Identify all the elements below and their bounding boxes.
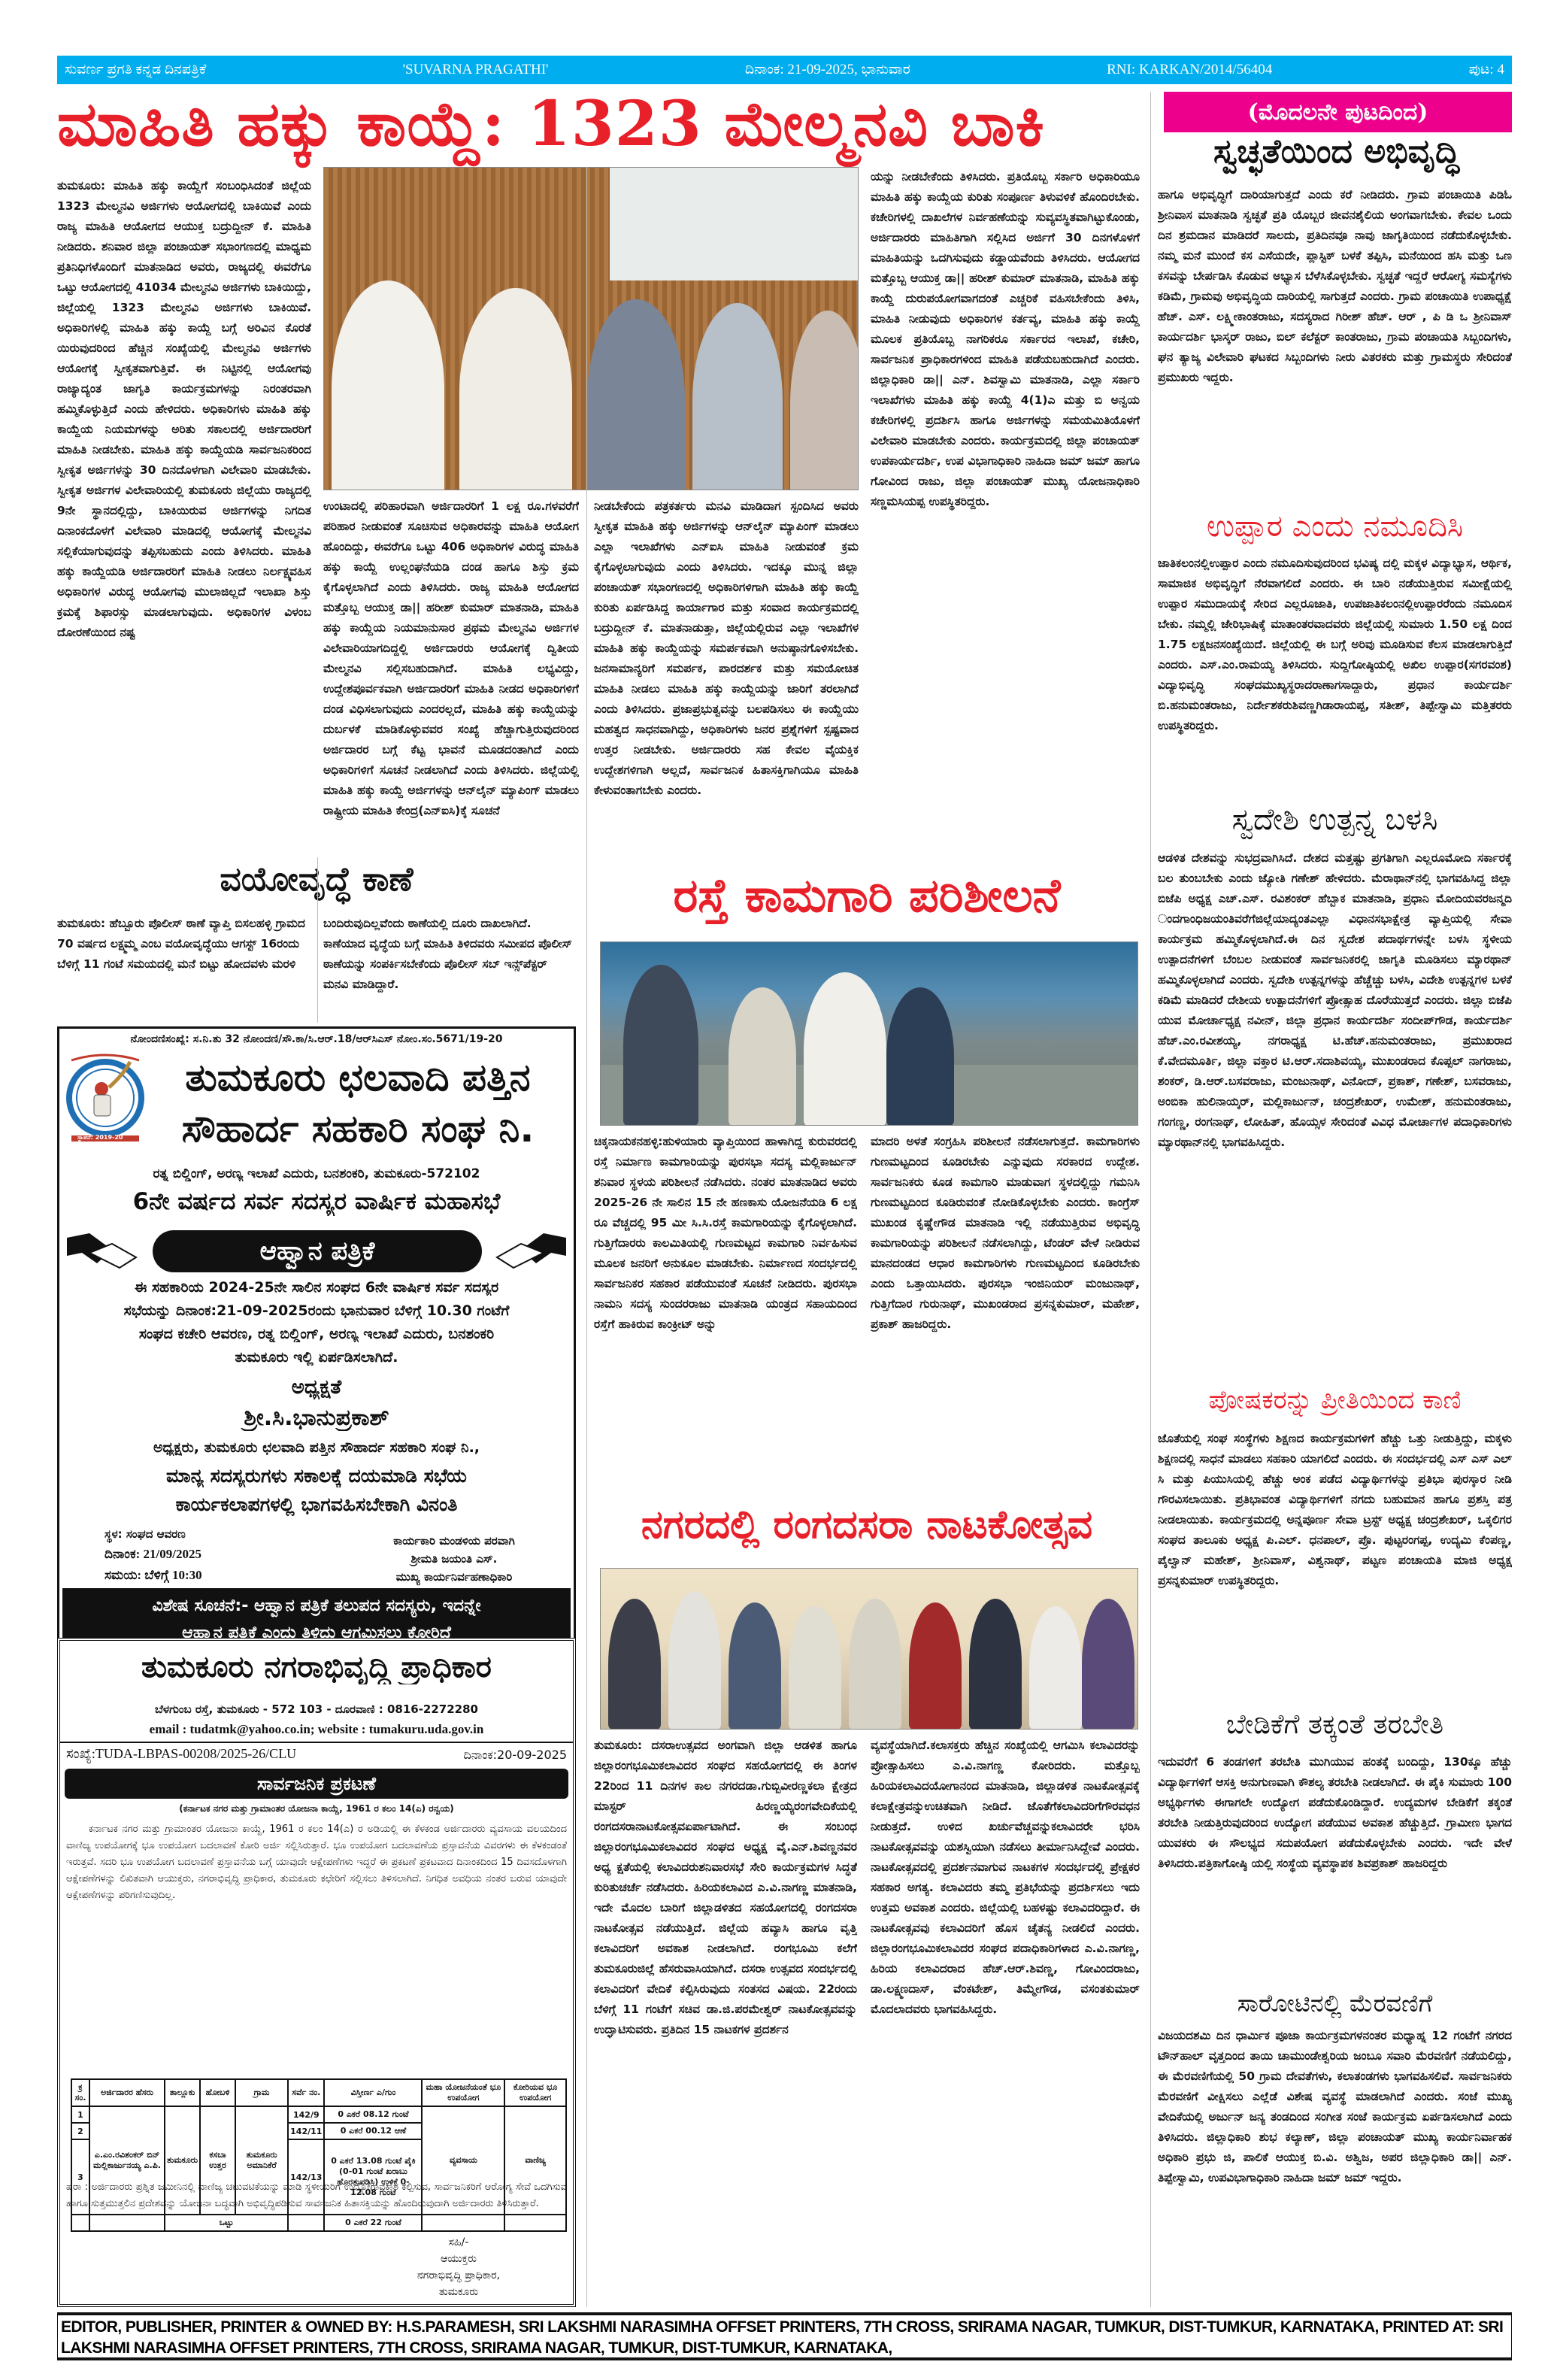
uda-condition-note: ಷರಾ : ಅರ್ಜಿದಾರರು ಪ್ರಶ್ನಿತ ಜಮೀನಿನಲ್ಲಿ ವಾಣ… [66,2179,567,2212]
lead-story-col1: ತುಮಕೂರು: ಮಾಹಿತಿ ಹಕ್ಕು ಕಾಯ್ದೆಗೆ ಸಂಬಂಧಿಸಿದ… [57,176,311,845]
empty-cell [504,2215,566,2231]
projector-screen [610,168,859,280]
drama-headline: ನಗರದಲ್ಲಿ ರಂಗದಸರಾ ನಾಟಕೋತ್ಸವ [594,1505,1140,1566]
president-name: ಶ್ರೀ.ಸಿ.ಭಾನುಪ್ರಕಾಶ್ [59,1405,574,1431]
parents-headline: ಪೋಷಕರನ್ನು ಪ್ರೀತಿಯಿಂದ ಕಾಣಿ [1158,1387,1512,1426]
road-inspection-photo [600,941,1138,1126]
uppara-headline: ಉಪ್ಪಾರ ಎಂದು ನಮೂದಿಸಿ [1158,511,1512,552]
drama-story-col2: ವ್ಯವಸ್ಥೆಯಾಗಿದೆ.ಕಲಾಸಕ್ತರು ಹೆಚ್ಚಿನ ಸಂಖ್ಯೆಯ… [871,1736,1140,2307]
missing-story-col2: ಬಂದಿರುವುದಿಲ್ಲವೆಂದು ಠಾಣೆಯಲ್ಲಿ ದೂರು ದಾಖಲಾಗ… [323,914,576,1019]
swadeshi-headline: ಸ್ವದೇಶಿ ಉತ್ಪನ್ನ ಬಳಸಿ [1158,805,1512,845]
continued-from-front-page: (ಮೊದಲನೇ ಪುಟದಿಂದ) [1164,92,1512,132]
row-serial: 1 [71,2106,89,2123]
header-serial: ಕ್ರ ಸಂ. [71,2079,89,2106]
signatory-line1: ಕಾರ್ಯಕಾರಿ ಮಂಡಳಿಯ ಪರವಾಗಿ [345,1534,563,1548]
uda-notice-body: ಕರ್ನಾಟಕ ನಗರ ಮತ್ತು ಗ್ರಾಮಾಂತರ ಯೋಜನಾ ಕಾಯ್ದೆ… [66,1821,567,1904]
invitation-body-line3: ಸಂಘದ ಕಚೇರಿ ಆವರಣ, ರತ್ನ ಬಿಲ್ಡಿಂಗ್, ಅರಣ್ಯ ಇ… [59,1326,574,1342]
header-area: ವಿಸ್ತೀರ್ಣ ಎ/ಗುಂ [324,2079,422,2106]
uda-reference-number: ಸಂಖ್ಯೆ:TUDA-LBPAS-00208/2025-26/CLU [66,1746,296,1762]
invitation-label: ಆಹ್ವಾನ ಪತ್ರಿಕೆ [153,1230,482,1272]
header-village: ಗ್ರಾಮ [235,2079,288,2106]
header-survey: ಸರ್ವೆ ನಂ. [288,2079,324,2106]
signatory-name: ಶ್ರೀಮತಿ ಜಯಂತಿ ಎಸ್. [345,1552,563,1566]
drama-story-col1: ತುಮಕೂರು: ದಸರಾಉತ್ಸವದ ಅಂಗವಾಗಿ ಜಿಲ್ಲಾ ಆಡಳಿತ… [594,1736,857,2307]
photo-person [790,311,859,490]
signatory-designation: ಮುಖ್ಯ ಕಾರ್ಯನಿರ್ವಹಣಾಧಿಕಾರಿ [345,1570,563,1584]
act-reference: (ಕರ್ನಾಟಕ ನಗರ ಮತ್ತು ಗ್ರಾಮಾಂತರ ಯೋಜನಾ ಕಾಯ್ದ… [60,1803,573,1815]
special-notice-line1: ವಿಶೇಷ ಸೂಚನೆ:- ಆಹ್ವಾನ ಪತ್ರಿಕೆ ತಲುಪದ ಸದಸ್ಯ… [62,1593,571,1620]
swadeshi-text: ಆಡಳಿತ ದೇಶವನ್ನು ಸುಭದ್ರವಾಗಿಸಿದೆ. ದೇಶದ ಮತ್ತ… [1158,848,1512,1384]
procession-text: ವಿಜಯದಶಮಿ ದಿನ ಧಾರ್ಮಿಕ ಪೂಜಾ ಕಾರ್ಯಕ್ರಮಗಳನಂತ… [1158,2026,1512,2306]
table-total-row: ಒಟ್ಟು 0 ಎಕರೆ 22 ಗುಂಟೆ [71,2215,566,2231]
uda-notice-date: ದಿನಾಂಕ:20-09-2025 [463,1748,567,1763]
road-story-col2: ಮಾದರಿ ಅಳತೆ ಸಂಗ್ರಹಿಸಿ ಪರಿಶೀಲನೆ ನಡೆಸಲಾಗುತ್… [871,1132,1140,1493]
empty-cell [89,2215,165,2231]
cooperative-address: ರತ್ನ ಬಿಲ್ಡಿಂಗ್, ಅರಣ್ಯ ಇಲಾಖೆ ಎದುರು, ಬನಶಂಕ… [59,1166,574,1181]
registration-number: ನೋಂದಣಿಸಂಖ್ಯೆ: ಸ.ನಿ.ತು 32 ನೋಂದಣಿ/ಸೌ.ಕಾ/ಸಿ… [59,1033,574,1045]
request-line2: ಕಾರ್ಯಕಲಾಪಗಳಲ್ಲಿ ಭಾಗವಹಿಸಬೇಕಾಗಿ ವಿನಂತಿ [59,1493,574,1516]
lead-headline: ಮಾಹಿತಿ ಹಕ್ಕು ಕಾಯ್ದೆ: 1323 ಮೇಲ್ಮನವಿ ಬಾಕಿ [57,93,1140,168]
column-divider [586,167,587,2307]
meeting-time: ಸಮಯ: ಬೆಳಿಗ್ಗೆ 10:30 [105,1568,202,1583]
handshake-icon-right [491,1230,566,1272]
photo-person [886,987,954,1126]
invitation-body-line2: ಸಭೆಯನ್ನು ದಿನಾಂಕ:21-09-2025ರಂದು ಭಾನುವಾರ ಬ… [59,1302,574,1319]
meeting-title: 6ನೇ ವರ್ಷದ ಸರ್ವ ಸದಸ್ಯರ ವಾರ್ಷಿಕ ಮಹಾಸಭೆ [59,1188,574,1216]
empty-cell [71,2215,89,2231]
uda-public-notice: ತುಮಕೂರು ನಗರಾಭಿವೃದ್ಧಿ ಪ್ರಾಧಿಕಾರ ಬೆಳಗುಂಬ ರ… [57,1638,576,2307]
area: 0 ಎಕರೆ 00.12 ಆಣೆ [324,2123,422,2139]
meeting-date: ದಿನಾಂಕ: 21/09/2025 [105,1547,201,1562]
lead-story-col3: ನೀಡಬೇಕೆಂದು ಪತ್ರಕರ್ತರು ಮನವಿ ಮಾಡಿದಾಗ ಸ್ಪಂದ… [594,496,859,850]
total-area: 0 ಎಕರೆ 22 ಗುಂಟೆ [324,2215,422,2231]
road-story-col1: ಚಿಕ್ಕನಾಯಕನಹಳ್ಳಿ:ಹುಳಿಯಾರು ವ್ಯಾಪ್ತಿಯಿಂದ ಹಾ… [594,1132,857,1493]
signature-mark: ಸಹಿ/- [383,2236,534,2248]
handshake-icon-left [67,1230,142,1272]
cleanliness-headline: ಸ್ವಚ್ಛತೆಯಿಂದ ಅಭಿವೃದ್ಧಿ [1158,135,1515,182]
procession-headline: ಸಾರೋಟಿನಲ್ಲಿ ಮೆರವಣಿಗೆ [1158,1991,1512,2024]
header-requested-use: ಕೋರಿಯವ ಭೂ ಉಪಯೋಗ [504,2079,566,2106]
training-headline: ಬೇಡಿಕೆಗೆ ತಕ್ಕಂತೆ ತರಬೇತಿ [1158,1711,1512,1751]
masthead-bar: ಸುವರ್ಣ ಪ್ರಗತಿ ಕನ್ನಡ ದಿನಪತ್ರಿಕೆ 'SUVARNA … [57,56,1512,84]
page-number: ಪುಟ: 4 [1469,62,1504,78]
header-hobli: ಹೋಬಳಿ [200,2079,235,2106]
photo-person [587,299,685,490]
survey-number: 142/11 [288,2123,324,2139]
signatory-commissioner: ಆಯುಕ್ತರು [383,2253,534,2265]
missing-headline: ವಯೋವೃದ್ಧೆ ಕಾಣೆ [57,863,576,910]
uda-title: ತುಮಕೂರು ನಗರಾಭಿವೃದ್ಧಿ ಪ್ರಾಧಿಕಾರ [60,1650,573,1684]
venue-text: ಸ್ಥಳ: ಸಂಘದ ಆವರಣ [105,1527,186,1541]
photo-person [623,965,698,1126]
road-headline: ರಸ್ತೆ ಕಾಮಗಾರಿ ಪರಿಶೀಲನೆ [594,872,1140,934]
signatory-authority: ನಗರಾಭಿವೃದ್ಧಿ ಪ್ರಾಧಿಕಾರ, [383,2269,534,2281]
paper-name-kannada: ಸುವರ್ಣ ಪ್ರಗತಿ ಕನ್ನಡ ದಿನಪತ್ರಿಕೆ [65,62,206,78]
column-divider [1150,92,1151,2307]
logo-year: ಸ್ಥಾಪನೆ: 2019-20 [77,1134,123,1141]
photo-person [909,1602,962,1730]
rni-number: RNI: KARKAN/2014/56404 [1107,62,1272,78]
photo-person [1029,1606,1082,1730]
area: 0 ಎಕರೆ 08.12 ಗುಂಟೆ [324,2106,422,2123]
header-taluk: ತಾಲ್ಲೂಕು [165,2079,200,2106]
uppara-text: ಜಾತಿಕಲಂನಲ್ಲಿಉಪ್ಪಾರ ಎಂದು ನಮೂದಿಸುವುದರಿಂದ ಭ… [1158,553,1512,802]
table-header-row: ಕ್ರ ಸಂ. ಅರ್ಜಿದಾರರ ಹೆಸರು ತಾಲ್ಲೂಕು ಹೋಬಳಿ ಗ… [71,2079,566,2106]
signatory-city: ತುಮಕೂರು [383,2286,534,2298]
lead-photo-meeting [323,167,859,490]
invitation-body-line1: ಈ ಸಹಕಾರಿಯ 2024-25ನೇ ಸಾಲಿನ ಸಂಘದ 6ನೇ ವಾರ್ಷ… [59,1279,574,1296]
photo-person [332,280,444,490]
photo-person [608,1599,661,1730]
photo-person [804,972,886,1126]
uda-divider [60,1742,573,1743]
survey-number: 142/9 [288,2106,324,2123]
cleanliness-text: ಹಾಗೂ ಅಭಿವೃದ್ಧಿಗೆ ದಾರಿಯಾಗುತ್ತದೆ ಎಂದು ಕರೆ … [1158,185,1512,508]
request-line1: ಮಾನ್ಯ ಸದಸ್ಯರುಗಳು ಸಕಾಲಕ್ಕೆ ದಯಮಾಡಿ ಸಭೆಯ [59,1465,574,1487]
cooperative-title-line2: ಸೌಹಾರ್ದ ಸಹಕಾರಿ ಸಂಘ ನಿ. [142,1107,574,1151]
photo-person [729,1602,781,1730]
cooperative-logo: ಸ್ಥಾಪನೆ: 2019-20 [64,1051,147,1149]
photo-person [789,1606,841,1730]
presidency-label: ಅಧ್ಯಕ್ಷತೆ [59,1376,574,1399]
photo-person [729,987,796,1126]
invitation-body-line4: ತುಮಕೂರು ಇಲ್ಲಿ ಏರ್ಪಡಿಸಲಾಗಿದೆ. [59,1349,574,1366]
empty-cell [422,2215,504,2231]
photo-person [692,303,783,490]
header-master-plan-use: ಮಹಾ ಯೋಜನೆಯಂತೆ ಭೂ ಉಪಯೋಗ [422,2079,504,2106]
cooperative-title-line1: ತುಮಕೂರು ಛಲವಾದಿ ಪತ್ತಿನ [142,1056,574,1100]
photo-person [668,1591,721,1730]
row-serial: 2 [71,2123,89,2139]
issue-date: ದಿನಾಂಕ: 21-09-2025, ಭಾನುವಾರ [745,62,910,78]
missing-story-col1: ತುಮಕೂರು: ಹೆಬ್ಬೂರು ಪೊಲೀಸ್ ಠಾಣೆ ವ್ಯಾಪ್ತಿ ಬ… [57,914,309,1019]
president-title: ಅಧ್ಯಕ್ಷರು, ತುಮಕೂರು ಛಲವಾದಿ ಪತ್ತಿನ ಸೌಹಾರ್ದ… [59,1439,574,1456]
parents-text: ಜೊತೆಯಲ್ಲಿ ಸಂಘ ಸಂಸ್ಥೆಗಳು ಶಿಕ್ಷಣದ ಕಾರ್ಯಕ್ರ… [1158,1429,1512,1707]
column-divider [317,857,318,1023]
training-text: ಇದುವರೆಗೆ 6 ತಂಡಗಳಿಗೆ ತರಬೇತಿ ಮುಗಿಯುವ ಹಂತಕ್… [1158,1752,1512,1987]
photo-person [1082,1599,1134,1730]
header-applicant: ಅರ್ಜಿದಾರರ ಹೆಸರು [89,2079,165,2106]
photo-person [849,1599,901,1730]
uda-address: ಬೆಳಗುಂಬ ರಸ್ತೆ, ತುಮಕೂರು - 572 103 - ದೂರವಾ… [60,1702,573,1716]
uda-contact: email : tudatmk@yahoo.co.in; website : t… [60,1722,573,1737]
total-label: ಒಟ್ಟು [165,2215,288,2231]
lead-story-col2: ಉಂಟಾದಲ್ಲಿ ಪರಿಹಾರವಾಗಿ ಅರ್ಜಿದಾರರಿಗೆ 1 ಲಕ್ಷ… [323,496,579,850]
drama-group-photo [600,1568,1138,1730]
imprint-footer: EDITOR, PUBLISHER, PRINTER & OWNED BY: H… [57,2312,1512,2360]
paper-name-english: 'SUVARNA PRAGATHI' [403,62,549,78]
lead-story-col4: ಯನ್ನು ನೀಡಬೇಕೆಂದು ತಿಳಿಸಿದರು. ಪ್ರತಿಯೊಬ್ಬ ಸ… [871,167,1140,851]
empty-cell [288,2215,324,2231]
photo-person [459,288,572,490]
table-row: 1 ಎ.ಎಂ.ರವಿಶಂಕರ್ ಬಿನ್ ಮಲ್ಲಿಕಾರ್ಜುನಯ್ಯ ಎ.ಪ… [71,2106,566,2123]
photo-person [969,1599,1022,1730]
public-notice-title: ಸಾರ್ವಜನಿಕ ಪ್ರಕಟಣೆ [65,1769,568,1799]
cooperative-ad: ನೋಂದಣಿಸಂಖ್ಯೆ: ಸ.ನಿ.ತು 32 ನೋಂದಣಿ/ಸೌ.ಕಾ/ಸಿ… [57,1026,576,1658]
